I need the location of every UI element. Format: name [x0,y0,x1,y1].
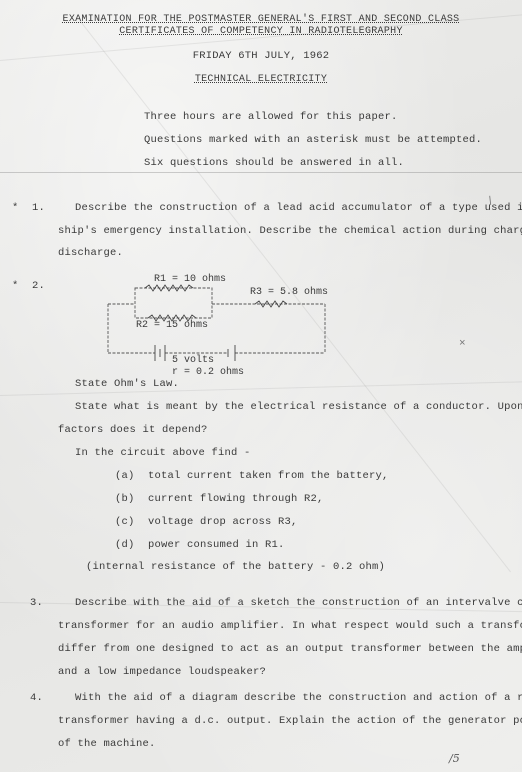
q4-number: 4. [30,692,43,704]
q3-line: and a low impedance loudspeaker? [58,666,266,678]
q2-subpart-label: (c) [115,516,135,528]
q2-ohms-law: State Ohm's Law. [75,378,179,390]
q2-circuit-intro: In the circuit above find - [75,447,251,459]
q2-subpart-text: voltage drop across R3, [148,516,298,528]
q2-note: (internal resistance of the battery - 0.… [86,561,385,573]
battery-voltage-label: 5 volts [172,355,214,366]
q3-number: 3. [30,597,43,609]
battery-resistance-label: r = 0.2 ohms [172,367,244,378]
q4-line: With the aid of a diagram describe the c… [75,692,522,704]
exam-paper: EXAMINATION FOR THE POSTMASTER GENERAL'S… [0,0,522,772]
r2-label: R2 = 15 ohms [136,320,208,331]
q2-resistance-line1: State what is meant by the electrical re… [75,401,522,413]
q3-line: differ from one designed to act as an ou… [58,643,522,655]
q2-subpart-text: power consumed in R1. [148,539,285,551]
q4-line: transformer having a d.c. output. Explai… [58,715,522,727]
page-continuation: /5 [449,752,460,765]
q3-line: Describe with the aid of a sketch the co… [75,597,522,609]
pencil-cross-mark: × [459,338,466,350]
r3-label: R3 = 5.8 ohms [250,287,328,298]
q2-subpart-text: total current taken from the battery, [148,470,389,482]
q4-line: of the machine. [58,738,156,750]
q2-resistance-line2: factors does it depend? [58,424,208,436]
q2-subpart-label: (b) [115,493,135,505]
q2-subpart-label: (d) [115,539,135,551]
q2-subpart-text: current flowing through R2, [148,493,324,505]
q2-subpart-label: (a) [115,470,135,482]
q3-line: transformer for an audio amplifier. In w… [58,620,522,632]
r1-label: R1 = 10 ohms [154,274,226,285]
parallel-branch [135,288,212,318]
